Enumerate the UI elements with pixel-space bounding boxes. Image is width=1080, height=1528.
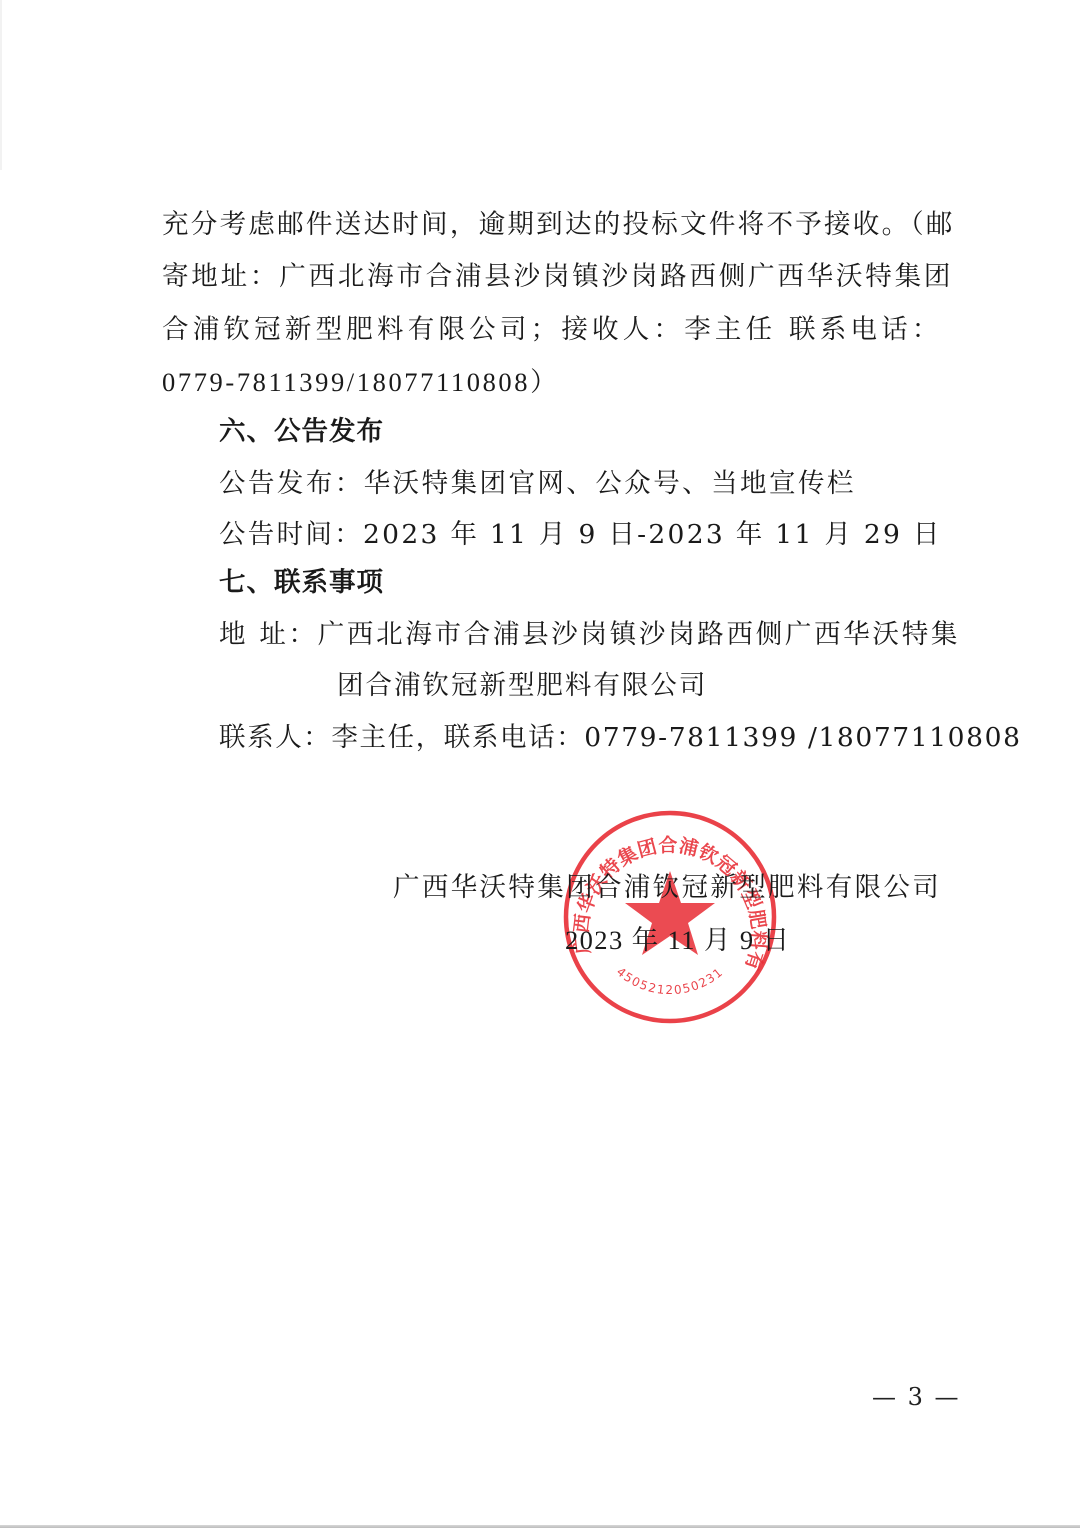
- svg-text:4505212050231: 4505212050231: [614, 965, 726, 998]
- signature-company: 广西华沃特集团合浦钦冠新型肥料有限公司: [393, 871, 941, 905]
- section-seven-heading: 七、联系事项: [219, 566, 384, 600]
- publish-period: 公告时间：2023 年 11 月 9 日-2023 年 11 月 29 日: [219, 518, 942, 552]
- paragraph-line-4: 0779-7811399/18077110808）: [162, 365, 559, 399]
- address-line-2: 团合浦钦冠新型肥料有限公司: [337, 669, 707, 703]
- paragraph-line-3: 合浦钦冠新型肥料有限公司；接收人：李主任 联系电话：: [162, 313, 940, 347]
- contact-line: 联系人：李主任，联系电话：0779-7811399 /18077110808: [219, 721, 957, 755]
- page-number: — 3 —: [872, 1382, 961, 1412]
- section-six-heading: 六、公告发布: [219, 415, 384, 449]
- address-line-1: 地 址：广西北海市合浦县沙岗镇沙岗路西侧广西华沃特集: [219, 618, 959, 652]
- scan-edge-left: [0, 0, 2, 170]
- document-page: 充分考虑邮件送达时间，逾期到达的投标文件将不予接收。（邮 寄地址：广西北海市合浦…: [0, 0, 1080, 1528]
- paragraph-line-1: 充分考虑邮件送达时间，逾期到达的投标文件将不予接收。（邮: [162, 208, 954, 242]
- signature-date: 2023 年 11 月 9 日: [565, 923, 790, 957]
- seal-graphic: 广西华沃特集团合浦钦冠新型肥料有限公司 4505212050231: [562, 809, 778, 1025]
- company-seal: 广西华沃特集团合浦钦冠新型肥料有限公司 4505212050231: [562, 809, 778, 1025]
- paragraph-line-2: 寄地址：广西北海市合浦县沙岗镇沙岗路西侧广西华沃特集团: [162, 260, 952, 294]
- publish-channels: 公告发布：华沃特集团官网、公众号、当地宣传栏: [219, 467, 855, 501]
